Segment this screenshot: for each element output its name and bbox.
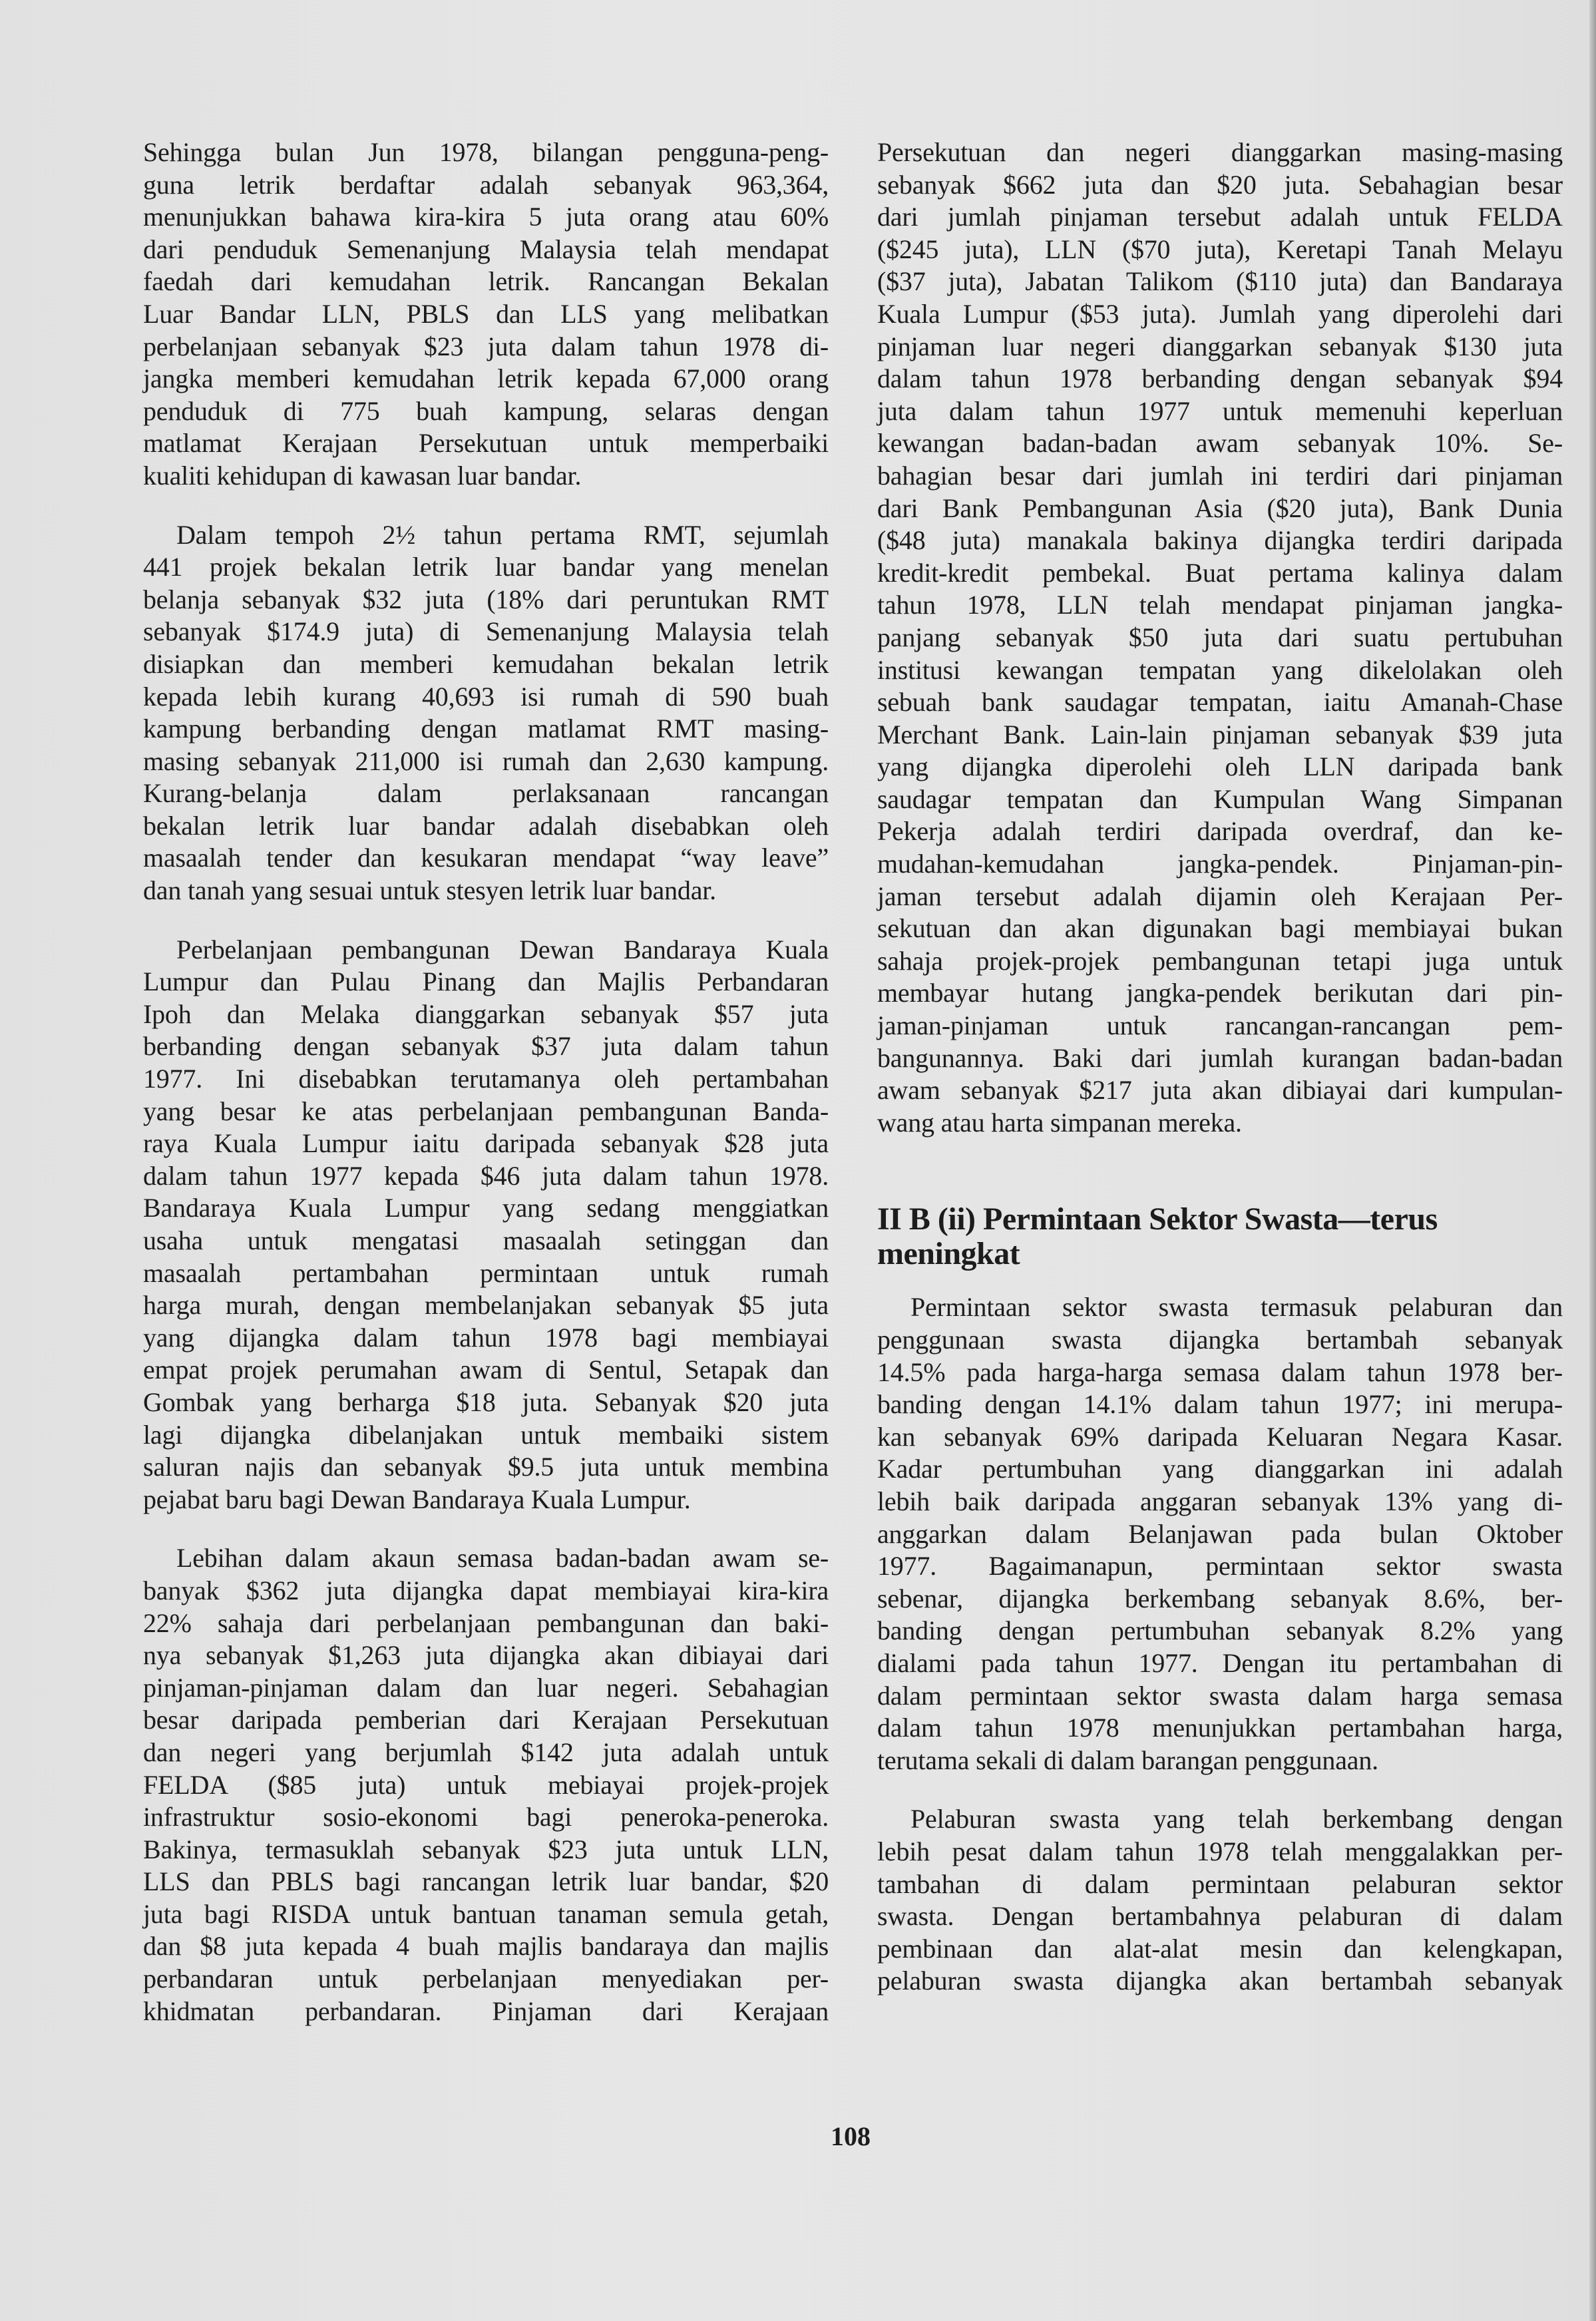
text-line: panjang sebanyak $50 juta dari suatu per… [877, 622, 1563, 654]
text-line: Ipoh dan Melaka dianggarkan sebanyak $57… [143, 998, 829, 1031]
text-line: masing sebanyak 211,000 isi rumah dan 2,… [143, 745, 829, 778]
text-line: matlamat Kerajaan Persekutuan untuk memp… [143, 427, 829, 460]
section-heading: II B (ii) Permintaan Sektor Swasta—terus… [877, 1202, 1563, 1271]
text-line: Permintaan sektor swasta termasuk pelabu… [877, 1291, 1563, 1324]
text-line: jaman tersebut adalah dijamin oleh Keraj… [877, 881, 1563, 913]
text-line: terutama sekali di dalam barangan penggu… [877, 1745, 1563, 1777]
text-line: pelaburan swasta dijangka akan bertambah… [877, 1965, 1563, 1998]
text-line: juta bagi RISDA untuk bantuan tanaman se… [143, 1898, 829, 1931]
text-line: besar daripada pemberian dari Kerajaan P… [143, 1704, 829, 1737]
text-line: ($245 juta), LLN ($70 juta), Keretapi Ta… [877, 234, 1563, 266]
text-line: lagi dijangka dibelanjakan untuk membaik… [143, 1419, 829, 1452]
text-line: wang atau harta simpanan mereka. [877, 1107, 1563, 1140]
text-line: awam sebanyak $217 juta akan dibiayai da… [877, 1074, 1563, 1107]
text-line: usaha untuk mengatasi masaalah setinggan… [143, 1225, 829, 1257]
text-line: bahagian besar dari jumlah ini terdiri d… [877, 460, 1563, 493]
text-line: yang dijangka diperolehi oleh LLN daripa… [877, 751, 1563, 783]
text-line: kan sebanyak 69% daripada Keluaran Negar… [877, 1421, 1563, 1454]
text-line: Sehingga bulan Jun 1978, bilangan penggu… [143, 136, 829, 169]
text-line: menunjukkan bahawa kira-kira 5 juta oran… [143, 201, 829, 234]
text-line: masaalah pertambahan permintaan untuk ru… [143, 1257, 829, 1290]
paragraph-federal-loans: Persekutuan dan negeri dianggarkan masin… [877, 136, 1563, 1139]
paragraph-city-hall-expenditure: Perbelanjaan pembangunan Dewan Bandaraya… [143, 934, 829, 1516]
text-line: Bandaraya Kuala Lumpur yang sedang mengg… [143, 1192, 829, 1225]
text-line: sahaja projek-projek pembangunan tetapi … [877, 945, 1563, 978]
text-line: LLS dan PBLS bagi rancangan letrik luar … [143, 1866, 829, 1898]
text-line: banyak $362 juta dijangka dapat membiaya… [143, 1575, 829, 1607]
text-line: banding dengan 14.1% dalam tahun 1977; i… [877, 1388, 1563, 1421]
text-line: tahun 1978, LLN telah mendapat pinjaman … [877, 589, 1563, 622]
text-line: institusi kewangan tempatan yang dikelol… [877, 654, 1563, 687]
text-line: Pelaburan swasta yang telah berkembang d… [877, 1803, 1563, 1836]
text-line: ($37 juta), Jabatan Talikom ($110 juta) … [877, 266, 1563, 298]
text-line: pejabat baru bagi Dewan Bandaraya Kuala … [143, 1484, 829, 1516]
text-line: yang besar ke atas perbelanjaan pembangu… [143, 1096, 829, 1128]
paragraph-private-sector-demand: Permintaan sektor swasta termasuk pelabu… [877, 1291, 1563, 1777]
text-line: masaalah tender dan kesukaran mendapat “… [143, 842, 829, 875]
text-line: belanja sebanyak $32 juta (18% dari peru… [143, 584, 829, 616]
text-line: harga murah, dengan membelanjakan sebany… [143, 1289, 829, 1322]
text-line: dari Bank Pembangunan Asia ($20 juta), B… [877, 493, 1563, 525]
text-line: Lebihan dalam akaun semasa badan-badan a… [143, 1542, 829, 1575]
section-heading-line: II B (ii) Permintaan Sektor Swasta—terus [877, 1202, 1563, 1237]
text-line: Gombak yang berharga $18 juta. Sebanyak … [143, 1386, 829, 1419]
text-line: kepada lebih kurang 40,693 isi rumah di … [143, 681, 829, 714]
text-line: yang dijangka dalam tahun 1978 bagi memb… [143, 1322, 829, 1355]
right-column: Persekutuan dan negeri dianggarkan masin… [877, 136, 1563, 2024]
text-line: sekutuan dan akan digunakan bagi membiay… [877, 913, 1563, 945]
left-column: Sehingga bulan Jun 1978, bilangan penggu… [143, 136, 829, 2054]
text-line: kredit-kredit pembekal. Buat pertama kal… [877, 557, 1563, 590]
text-line: dalam tahun 1978 berbanding dengan seban… [877, 363, 1563, 395]
text-line: 1977. Bagaimanapun, permintaan sektor sw… [877, 1550, 1563, 1583]
text-line: sebanyak $174.9 juta) di Semenanjung Mal… [143, 616, 829, 648]
text-line: lebih pesat dalam tahun 1978 telah mengg… [877, 1836, 1563, 1868]
text-line: dari jumlah pinjaman tersebut adalah unt… [877, 201, 1563, 234]
text-line: juta dalam tahun 1977 untuk memenuhi kep… [877, 395, 1563, 428]
text-line: pinjaman-pinjaman dalam dan luar negeri.… [143, 1672, 829, 1705]
text-line: 14.5% pada harga-harga semasa dalam tahu… [877, 1357, 1563, 1389]
paragraph-public-surplus-financing: Lebihan dalam akaun semasa badan-badan a… [143, 1542, 829, 2027]
text-line: Lumpur dan Pulau Pinang dan Majlis Perba… [143, 966, 829, 998]
text-line: bekalan letrik luar bandar adalah diseba… [143, 810, 829, 843]
text-line: Kadar pertumbuhan yang dianggarkan ini a… [877, 1453, 1563, 1486]
text-line: mudahan-kemudahan jangka-pendek. Pinjama… [877, 848, 1563, 881]
text-line: Pekerja adalah terdiri daripada overdraf… [877, 815, 1563, 848]
text-line: saudagar tempatan dan Kumpulan Wang Simp… [877, 783, 1563, 816]
text-line: dari penduduk Semenanjung Malaysia telah… [143, 234, 829, 266]
text-line: khidmatan perbandaran. Pinjaman dari Ker… [143, 1996, 829, 2028]
text-line: dialami pada tahun 1977. Dengan itu pert… [877, 1647, 1563, 1680]
text-line: Perbelanjaan pembangunan Dewan Bandaraya… [143, 934, 829, 966]
text-line: Dalam tempoh 2½ tahun pertama RMT, sejum… [143, 519, 829, 552]
text-line: saluran najis dan sebanyak $9.5 juta unt… [143, 1451, 829, 1484]
text-line: perbandaran untuk perbelanjaan menyediak… [143, 1963, 829, 1996]
text-line: pembinaan dan alat-alat mesin dan keleng… [877, 1933, 1563, 1966]
text-line: swasta. Dengan bertambahnya pelaburan di… [877, 1900, 1563, 1933]
text-line: Bakinya, termasuklah sebanyak $23 juta u… [143, 1834, 829, 1866]
text-line: perbelanjaan sebanyak $23 juta dalam tah… [143, 331, 829, 363]
text-line: penggunaan swasta dijangka bertambah seb… [877, 1324, 1563, 1357]
text-line: anggarkan dalam Belanjawan pada bulan Ok… [877, 1518, 1563, 1551]
text-line: kualiti kehidupan di kawasan luar bandar… [143, 460, 829, 493]
text-line: Kuala Lumpur ($53 juta). Jumlah yang dip… [877, 298, 1563, 331]
text-line: dalam permintaan sektor swasta dalam har… [877, 1680, 1563, 1713]
text-line: banding dengan pertumbuhan sebanyak 8.2%… [877, 1615, 1563, 1647]
text-line: guna letrik berdaftar adalah sebanyak 96… [143, 169, 829, 202]
text-line: sebuah bank saudagar tempatan, iaitu Ama… [877, 686, 1563, 719]
text-line: FELDA ($85 juta) untuk mebiayai projek-p… [143, 1769, 829, 1802]
text-line: raya Kuala Lumpur iaitu daripada sebanya… [143, 1128, 829, 1160]
text-line: membayar hutang jangka-pendek berikutan … [877, 977, 1563, 1010]
text-line: berbanding dengan sebanyak $37 juta dala… [143, 1030, 829, 1063]
text-line: faedah dari kemudahan letrik. Rancangan … [143, 266, 829, 298]
paragraph-electricity-users: Sehingga bulan Jun 1978, bilangan penggu… [143, 136, 829, 493]
text-line: sebanyak $662 juta dan $20 juta. Sebahag… [877, 169, 1563, 202]
text-line: sebenar, dijangka berkembang sebanyak 8.… [877, 1583, 1563, 1615]
page-edge-shadow [1589, 0, 1596, 2321]
text-line: Merchant Bank. Lain-lain pinjaman sebany… [877, 719, 1563, 751]
text-line: Kurang-belanja dalam perlaksanaan rancan… [143, 777, 829, 810]
text-line: jangka memberi kemudahan letrik kepada 6… [143, 363, 829, 395]
text-line: Persekutuan dan negeri dianggarkan masin… [877, 136, 1563, 169]
text-line: jaman-pinjaman untuk rancangan-rancangan… [877, 1010, 1563, 1042]
text-line: ($48 juta) manakala bakinya dijangka ter… [877, 525, 1563, 557]
text-line: tambahan di dalam permintaan pelaburan s… [877, 1868, 1563, 1901]
text-line: nya sebanyak $1,263 juta dijangka akan d… [143, 1639, 829, 1672]
text-line: dalam tahun 1977 kepada $46 juta dalam t… [143, 1160, 829, 1193]
text-line: infrastruktur sosio-ekonomi bagi penerok… [143, 1801, 829, 1834]
page-number: 108 [831, 2121, 871, 2152]
text-line: dalam tahun 1978 menunjukkan pertambahan… [877, 1712, 1563, 1745]
text-line: bangunannya. Baki dari jumlah kurangan b… [877, 1042, 1563, 1075]
scanned-page: Sehingga bulan Jun 1978, bilangan penggu… [0, 0, 1596, 2321]
text-line: 1977. Ini disebabkan terutamanya oleh pe… [143, 1063, 829, 1096]
text-line: dan $8 juta kepada 4 buah majlis bandara… [143, 1930, 829, 1963]
section-heading-line: meningkat [877, 1237, 1563, 1271]
text-line: kampung berbanding dengan matlamat RMT m… [143, 713, 829, 745]
text-line: Luar Bandar LLN, PBLS dan LLS yang melib… [143, 298, 829, 331]
text-line: dan tanah yang sesuai untuk stesyen letr… [143, 875, 829, 907]
text-line: penduduk di 775 buah kampung, selaras de… [143, 395, 829, 428]
text-line: dan negeri yang berjumlah $142 juta adal… [143, 1737, 829, 1769]
text-line: 441 projek bekalan letrik luar bandar ya… [143, 551, 829, 584]
text-line: pinjaman luar negeri dianggarkan sebanya… [877, 331, 1563, 363]
paragraph-private-investment: Pelaburan swasta yang telah berkembang d… [877, 1803, 1563, 1998]
text-line: lebih baik daripada anggaran sebanyak 13… [877, 1486, 1563, 1518]
text-line: empat projek perumahan awam di Sentul, S… [143, 1354, 829, 1386]
text-line: kewangan badan-badan awam sebanyak 10%. … [877, 427, 1563, 460]
text-line: disiapkan dan memberi kemudahan bekalan … [143, 648, 829, 681]
paragraph-rural-electricity-projects: Dalam tempoh 2½ tahun pertama RMT, sejum… [143, 519, 829, 907]
text-line: 22% sahaja dari perbelanjaan pembangunan… [143, 1607, 829, 1640]
